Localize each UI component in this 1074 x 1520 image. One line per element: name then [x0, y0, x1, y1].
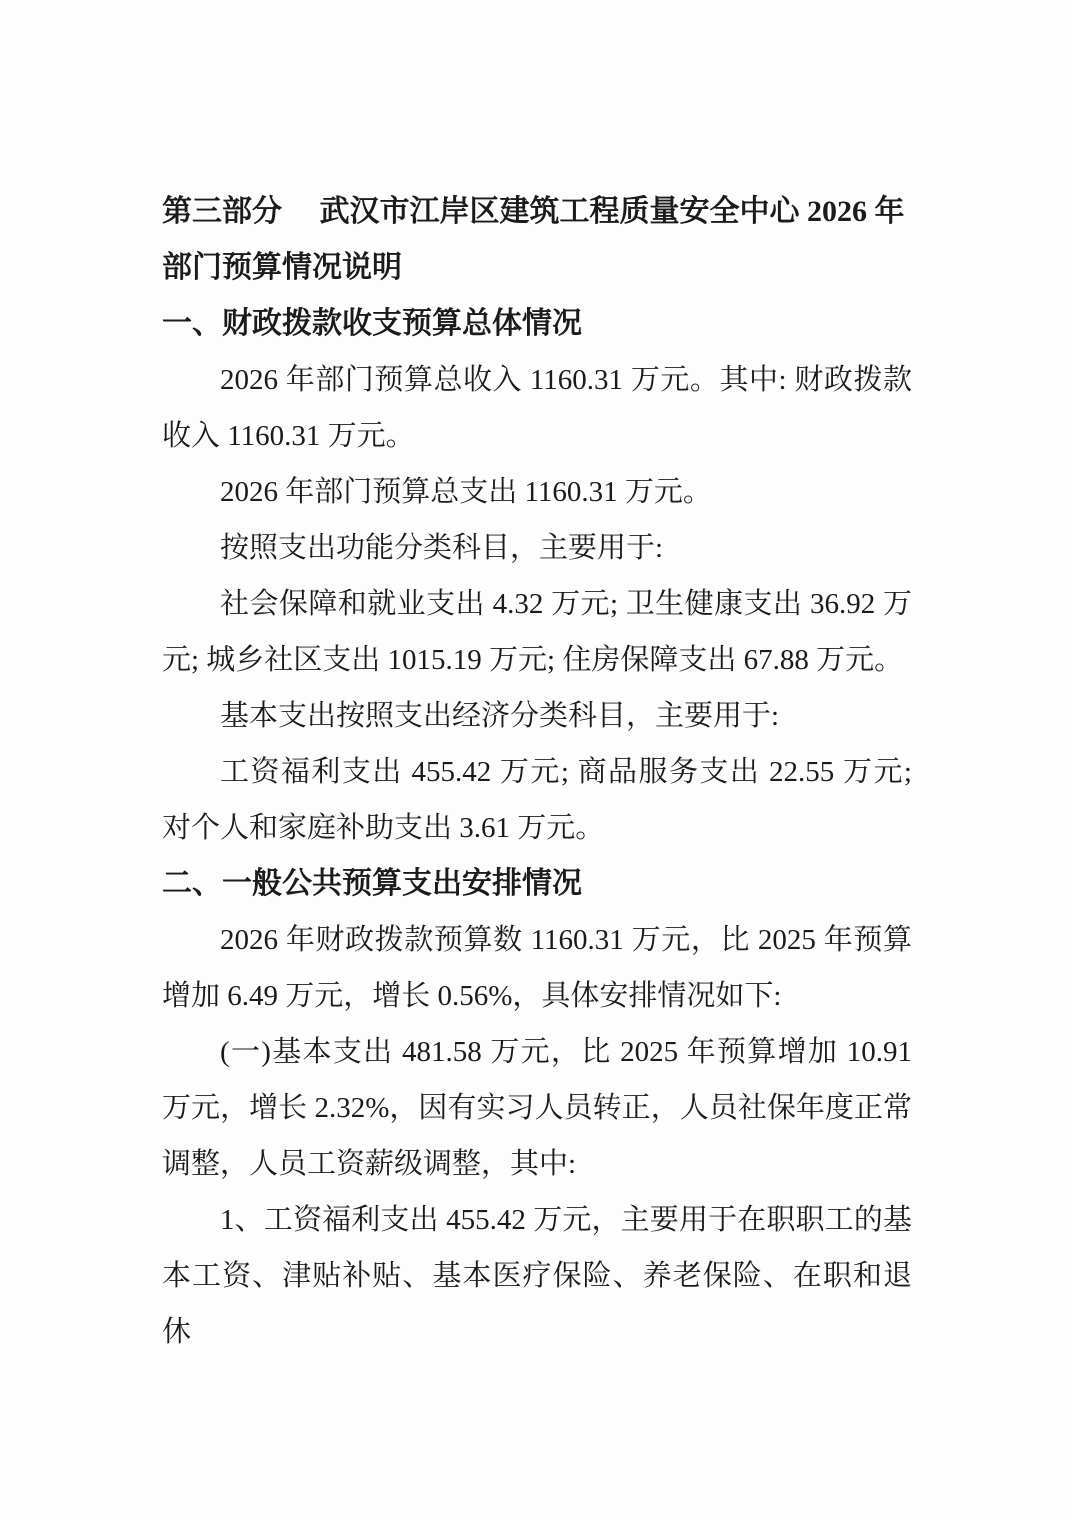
section-heading-fiscal-overview: 一、财政拨款收支预算总体情况 — [162, 296, 912, 352]
section-heading-budget-arrangement: 二、一般公共预算支出安排情况 — [162, 856, 912, 912]
paragraph-functional-classification-detail: 社会保障和就业支出 4.32 万元; 卫生健康支出 36.92 万元; 城乡社区… — [162, 576, 912, 688]
paragraph-salary-welfare: 1、工资福利支出 455.42 万元，主要用于在职职工的基本工资、津贴补贴、基本… — [162, 1192, 912, 1360]
paragraph-total-income: 2026 年部门预算总收入 1160.31 万元。其中: 财政拨款收入 1160… — [162, 352, 912, 464]
paragraph-economic-classification-detail: 工资福利支出 455.42 万元; 商品服务支出 22.55 万元; 对个人和家… — [162, 744, 912, 856]
paragraph-budget-comparison: 2026 年财政拨款预算数 1160.31 万元，比 2025 年预算增加 6.… — [162, 912, 912, 1024]
paragraph-functional-classification-intro: 按照支出功能分类科目，主要用于: — [162, 520, 912, 576]
document-title-line-1: 第三部分 武汉市江岸区建筑工程质量安全中心 2026 年 — [162, 184, 912, 240]
paragraph-basic-expenditure: (一)基本支出 481.58 万元，比 2025 年预算增加 10.91 万元，… — [162, 1024, 912, 1192]
paragraph-total-expenditure: 2026 年部门预算总支出 1160.31 万元。 — [162, 464, 912, 520]
document-content: 第三部分 武汉市江岸区建筑工程质量安全中心 2026 年 部门预算情况说明 一、… — [162, 184, 912, 1360]
document-title-line-2: 部门预算情况说明 — [162, 240, 912, 296]
document-title: 第三部分 武汉市江岸区建筑工程质量安全中心 2026 年 部门预算情况说明 — [162, 184, 912, 296]
document-page: 第三部分 武汉市江岸区建筑工程质量安全中心 2026 年 部门预算情况说明 一、… — [0, 0, 1074, 1520]
paragraph-economic-classification-intro: 基本支出按照支出经济分类科目，主要用于: — [162, 688, 912, 744]
